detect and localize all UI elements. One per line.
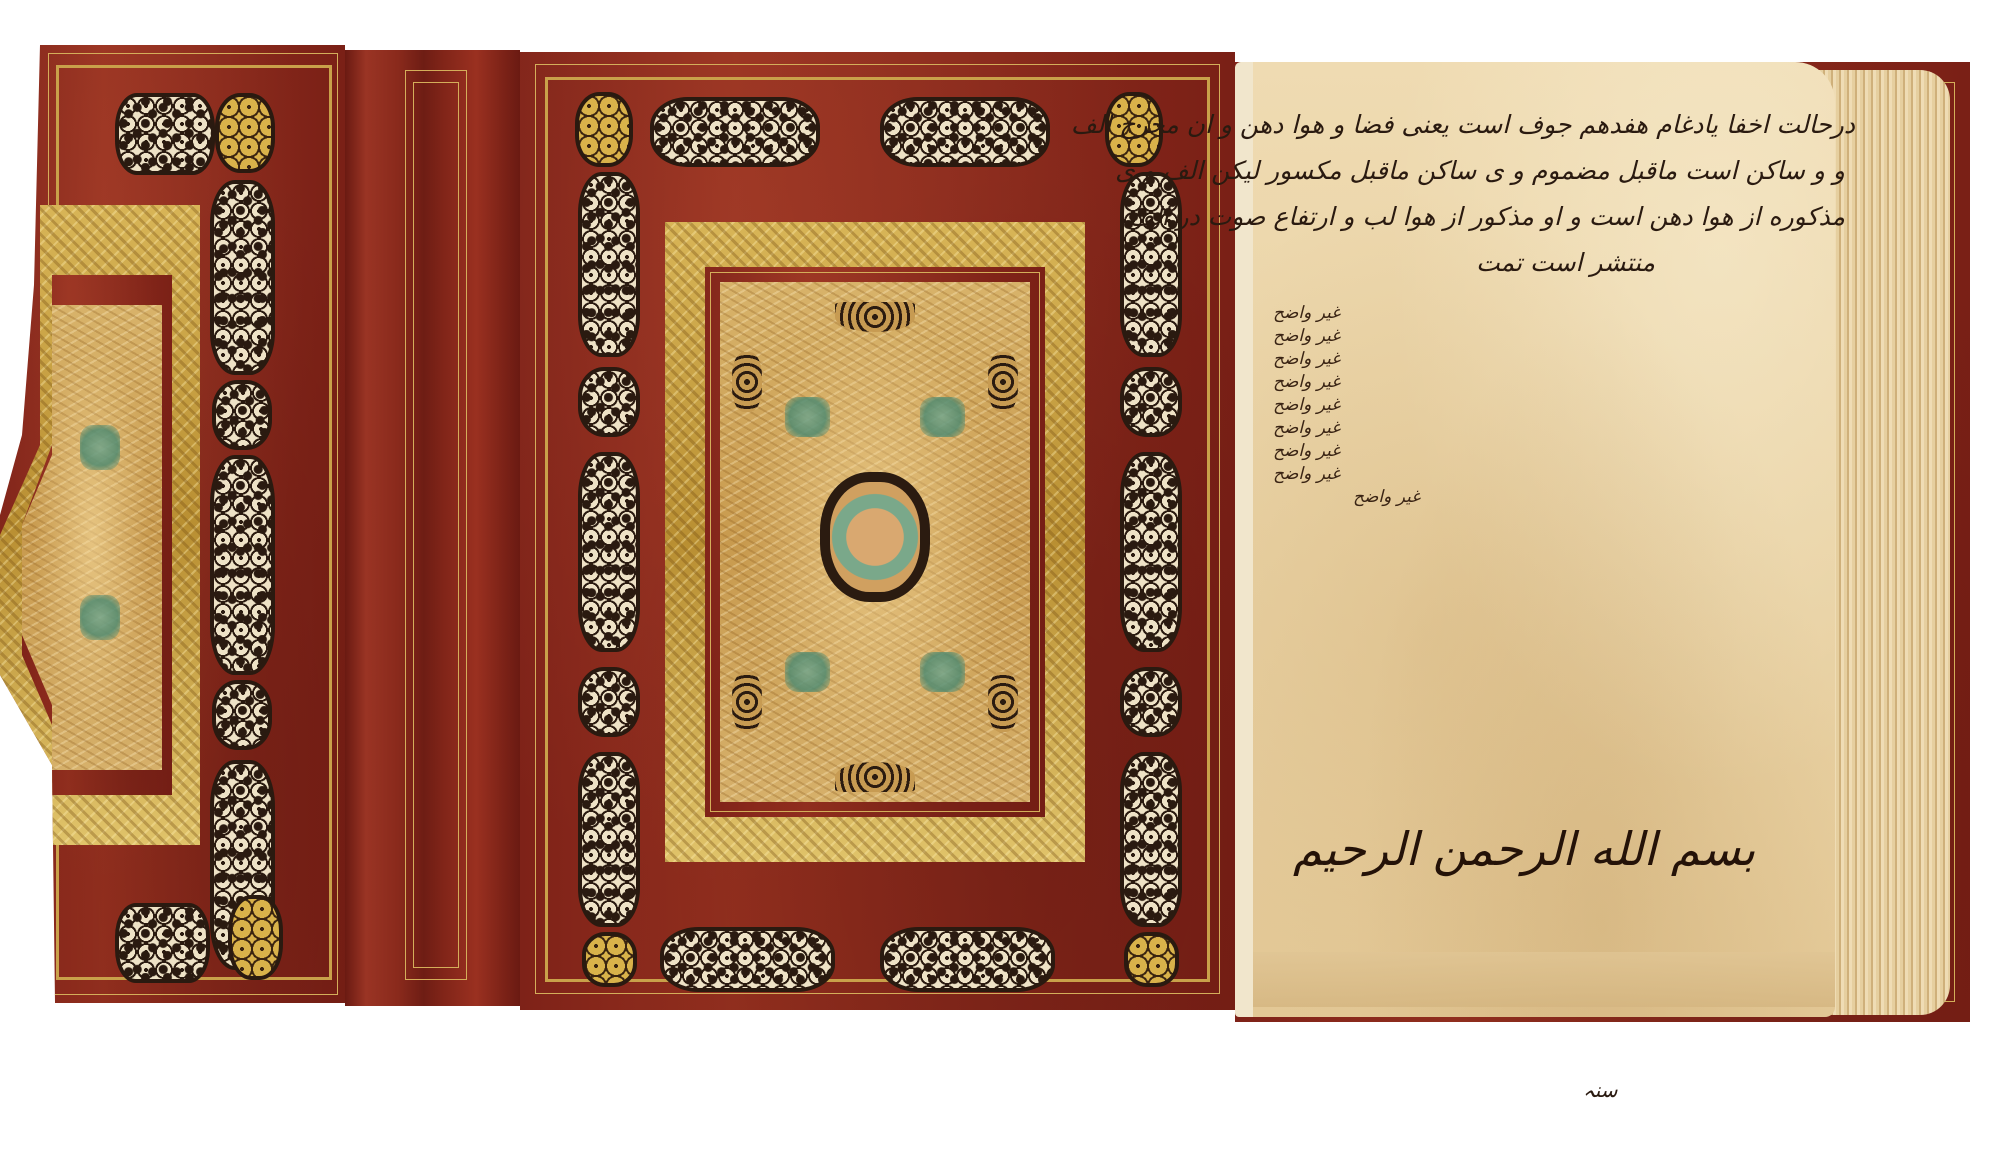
marginal-note-line: غیر واضح [1353,486,1420,509]
flap-teal-accent [80,595,120,640]
cover-top-cartouche [880,97,1050,167]
cover-teal-accent [785,397,830,437]
flap-cartouche-round [212,380,272,450]
basmala-line: بسم الله الرحمن الرحیم [1293,822,1755,876]
manuscript-page: درحالت اخفا یادغام هفدهم جوف است یعنی فض… [1235,62,1835,1017]
cover-corner-cartouche [575,92,633,167]
cover-left-cartouche [578,452,640,652]
marginal-note-line: غیر واضح [1273,417,1340,440]
cover-left-roundel [578,367,640,437]
binding-flap [0,45,345,1005]
cover-corner-ornament [988,352,1018,412]
flap-cartouche-top-gold [215,93,275,173]
marginal-note-line: غیر واضح [1273,348,1340,371]
spine-gilt-panel-inner [413,82,459,968]
cover-pendant-top [835,302,915,332]
page-repair-strip [1253,952,1835,1007]
cover-corner-ornament [988,672,1018,732]
cover-teal-accent [920,652,965,692]
cover-top-cartouche [650,97,820,167]
cover-corner-ornament [732,352,762,412]
binding-spine [345,50,520,1006]
flap-cartouche-round [212,680,272,750]
flap-teal-accent [80,425,120,470]
heading-line: درحالت اخفا یادغام هفدهم جوف است یعنی فض… [1071,102,1855,148]
flap-cartouche [210,455,275,675]
flap-cartouche-bottom [115,903,210,983]
marginal-note-line: غیر واضح [1273,440,1340,463]
heading-line: و و ساکن است ماقبل مضموم و ی ساکن ماقبل … [1115,148,1845,194]
flap-cartouche-top [115,93,215,175]
cover-right-cartouche [1120,452,1182,652]
cover-left-roundel [578,667,640,737]
cover-pendant-bottom [835,762,915,792]
cover-left-cartouche [578,172,640,357]
marginal-note-line: غیر واضح [1273,325,1340,348]
cover-left-cartouche [578,752,640,927]
cover-bottom-cartouche [660,927,835,992]
footer-mark: سنہ [1583,1067,1618,1113]
cover-bottom-cartouche [880,927,1055,992]
cover-right-roundel [1120,667,1182,737]
cover-corner-cartouche [1124,932,1179,987]
marginal-note-line: غیر واضح [1273,302,1340,325]
cover-corner-cartouche [582,932,637,987]
flap-cartouche [210,180,275,375]
cover-right-roundel [1120,367,1182,437]
marginal-note-line: غیر واضح [1273,371,1340,394]
flap-cartouche-bottom-gold [228,895,283,980]
heading-line: منتشر است تمت [1476,240,1655,286]
cover-right-cartouche [1120,752,1182,927]
heading-line: مذکوره از هوا دهن است و او مذکور از هوا … [1128,194,1845,240]
marginal-note-line: غیر واضح [1273,463,1340,486]
marginal-note-line: غیر واضح [1273,394,1340,417]
cover-corner-ornament [732,672,762,732]
cover-medallion [820,472,930,602]
cover-teal-accent [785,652,830,692]
cover-teal-accent [920,397,965,437]
